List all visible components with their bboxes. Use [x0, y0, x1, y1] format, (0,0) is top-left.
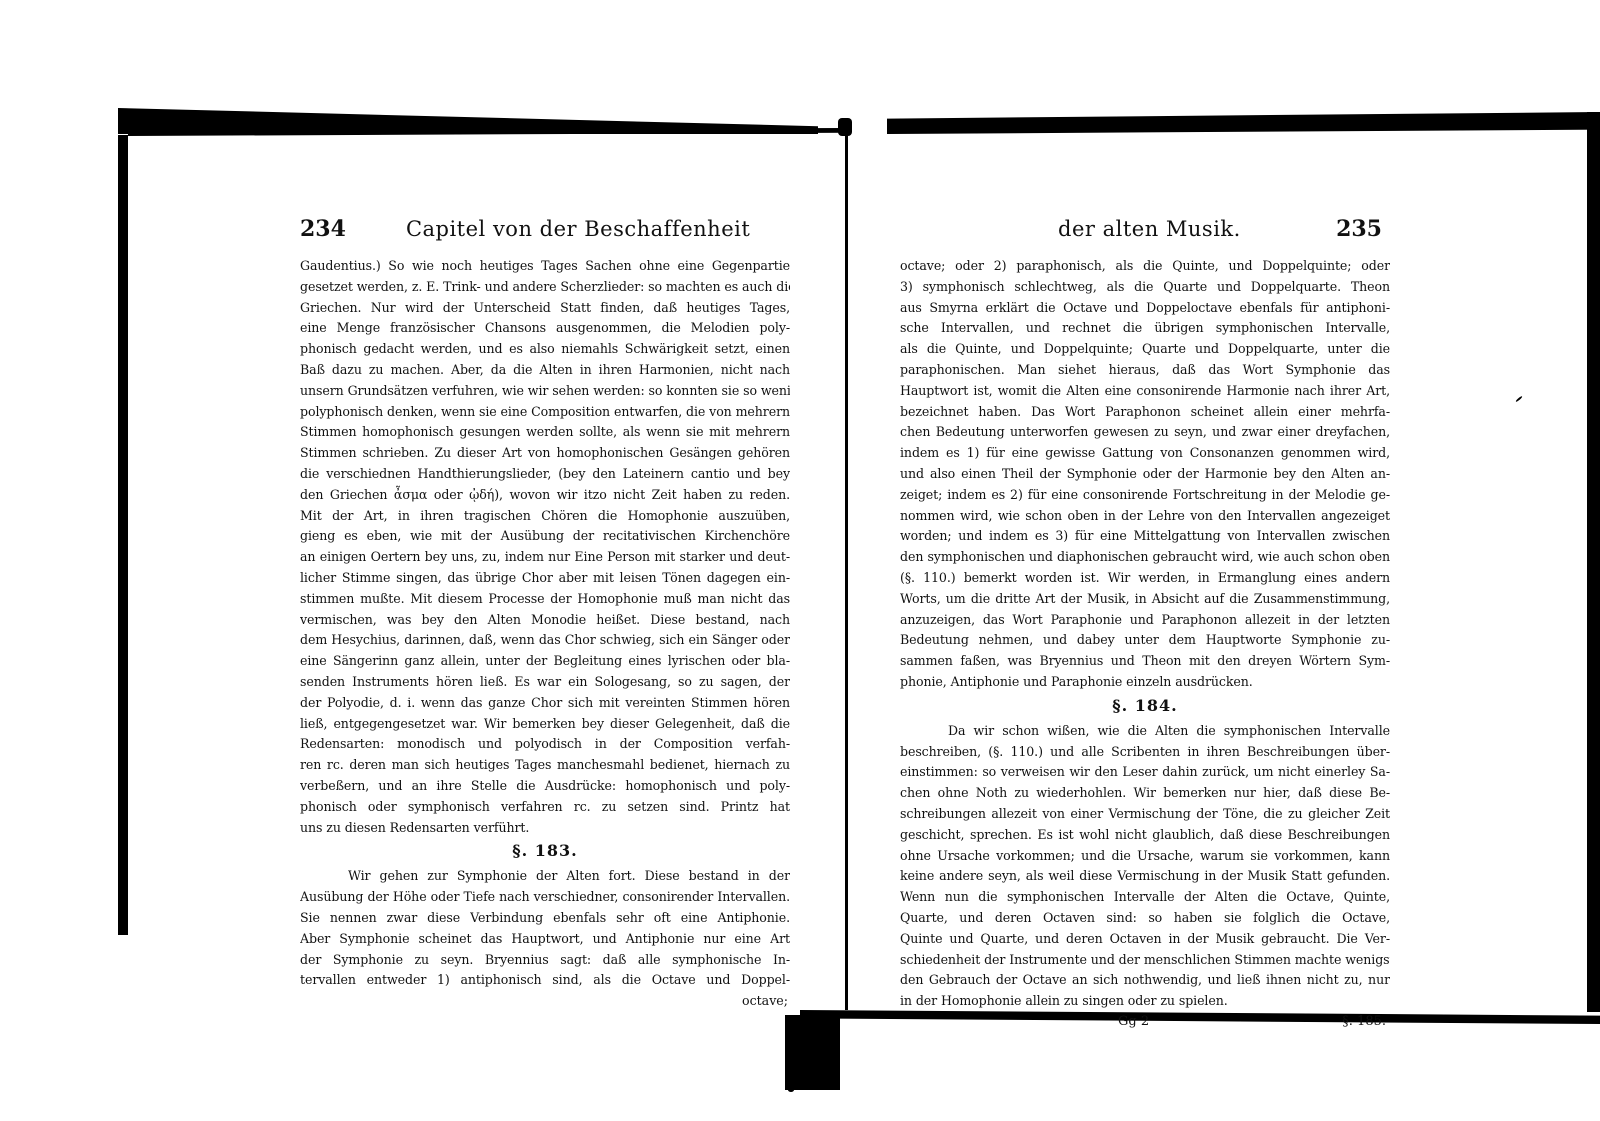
- text-line: schiedenheit der Instrumente und der men…: [900, 950, 1390, 971]
- text-line: verbeßern, und an ihre Stelle die Ausdrü…: [300, 776, 790, 797]
- text-line: Baß dazu zu machen. Aber, da die Alten i…: [300, 360, 790, 381]
- section-heading: §. 183.: [300, 838, 790, 866]
- scan-speck: [1515, 396, 1522, 403]
- text-line: und also einen Theil der Symphonie oder …: [900, 464, 1390, 485]
- text-line: den Griechen ἆσμα oder ᾠδή), wovon wir i…: [300, 485, 790, 506]
- text-line: der Polyodie, d. i. wenn das ganze Chor …: [300, 693, 790, 714]
- text-line: als die Quinte, und Doppelquinte; Quarte…: [900, 339, 1390, 360]
- text-line: Sie nennen zwar diese Verbindung ebenfal…: [300, 908, 790, 929]
- text-line: uns zu diesen Redensarten verführt.: [300, 818, 790, 839]
- text-line: Griechen. Nur wird der Unterscheid Statt…: [300, 298, 790, 319]
- text-line: schreibungen allezeit von einer Vermisch…: [900, 804, 1390, 825]
- text-line: senden Instruments hören ließ. Es war ei…: [300, 672, 790, 693]
- text-line: unsern Grundsätzen verfuhren, wie wir se…: [300, 381, 790, 402]
- text-line: ließ, entgegengesetzet war. Wir bemerken…: [300, 714, 790, 735]
- text-line: octave; oder 2) paraphonisch, als die Qu…: [900, 256, 1390, 277]
- text-line: stimmen mußte. Mit diesem Processe der H…: [300, 589, 790, 610]
- right-page: der alten Musik. 235 octave; oder 2) par…: [900, 216, 1390, 1029]
- text-line: in der Homophonie allein zu singen oder …: [900, 991, 1390, 1012]
- right-body-text: octave; oder 2) paraphonisch, als die Qu…: [900, 256, 1390, 693]
- left-page-edge: [118, 135, 128, 935]
- text-line: worden; und indem es 3) für eine Mittelg…: [900, 526, 1390, 547]
- text-line: nommen wird, wie schon oben in der Lehre…: [900, 506, 1390, 527]
- left-section-text: Wir gehen zur Symphonie der Alten fort. …: [300, 866, 790, 991]
- left-page: 234 Capitel von der Beschaffenheit Gaude…: [300, 216, 790, 1011]
- text-line: an einigen Oertern bey uns, zu, indem nu…: [300, 547, 790, 568]
- text-line: eine Sängerinn ganz allein, unter der Be…: [300, 651, 790, 672]
- text-line: Worts, um die dritte Art der Musik, in A…: [900, 589, 1390, 610]
- catchword: §. 185.: [1342, 1014, 1386, 1029]
- text-line: Bedeutung nehmen, und dabey unter dem Ha…: [900, 630, 1390, 651]
- text-line: Stimmen schrieben. Zu dieser Art von hom…: [300, 443, 790, 464]
- text-line: Ausübung der Höhe oder Tiefe nach versch…: [300, 887, 790, 908]
- text-line: den symphonischen und diaphonischen gebr…: [900, 547, 1390, 568]
- text-line: eine Menge französischer Chansons ausgen…: [300, 318, 790, 339]
- book-gutter: [845, 125, 848, 1010]
- right-page-top-edge: [887, 112, 1600, 134]
- text-line: Stimmen homophonisch gesungen werden sol…: [300, 422, 790, 443]
- text-line: die verschiednen Handthierungslieder, (b…: [300, 464, 790, 485]
- text-line: Quarte, und deren Octaven sind: so haben…: [900, 908, 1390, 929]
- text-line: aus Smyrna erklärt die Octave und Doppel…: [900, 298, 1390, 319]
- text-line: phonie, Antiphonie und Paraphonie einzel…: [900, 672, 1390, 693]
- text-line: bezeichnet haben. Das Wort Paraphonon sc…: [900, 402, 1390, 423]
- text-line: chen ohne Noth zu wiederhohlen. Wir beme…: [900, 783, 1390, 804]
- text-line: vermischen, was bey den Alten Monodie he…: [300, 610, 790, 631]
- running-title: Capitel von der Beschaffenheit: [406, 217, 750, 241]
- text-line: ohne Ursache vorkommen; und die Ursache,…: [900, 846, 1390, 867]
- text-line: phonisch oder symphonisch verfahren rc. …: [300, 797, 790, 818]
- text-line: Wenn nun die symphonischen Intervalle de…: [900, 887, 1390, 908]
- bottom-gutter-blot: [785, 1015, 840, 1090]
- text-line: den Gebrauch der Octave an sich nothwend…: [900, 970, 1390, 991]
- text-line: sche Intervallen, und rechnet die übrige…: [900, 318, 1390, 339]
- text-line: polyphonisch denken, wenn sie eine Compo…: [300, 402, 790, 423]
- text-line: 3) symphonisch schlechtweg, als die Quar…: [900, 277, 1390, 298]
- catchword: octave;: [300, 991, 790, 1011]
- text-line: Da wir schon wißen, wie die Alten die sy…: [900, 721, 1390, 742]
- page-footer: Gg 2 §. 185.: [900, 1014, 1390, 1029]
- text-line: der Symphonie zu seyn. Bryennius sagt: d…: [300, 950, 790, 971]
- running-title: der alten Musik.: [1058, 217, 1241, 241]
- gutter-top-blot: [838, 118, 852, 136]
- text-line: dem Hesychius, darinnen, daß, wenn das C…: [300, 630, 790, 651]
- text-line: Aber Symphonie scheinet das Hauptwort, u…: [300, 929, 790, 950]
- text-line: einstimmen: so verweisen wir den Leser d…: [900, 762, 1390, 783]
- text-line: phonisch gedacht werden, und es also nie…: [300, 339, 790, 360]
- text-line: Hauptwort ist, womit die Alten eine cons…: [900, 381, 1390, 402]
- text-line: geschicht, sprechen. Es ist wohl nicht g…: [900, 825, 1390, 846]
- section-heading: §. 184.: [900, 693, 1390, 721]
- text-line: Wir gehen zur Symphonie der Alten fort. …: [300, 866, 790, 887]
- text-line: anzuzeigen, das Wort Paraphonie und Para…: [900, 610, 1390, 631]
- text-line: sammen faßen, was Bryennius und Theon mi…: [900, 651, 1390, 672]
- page-number: 235: [1336, 216, 1382, 242]
- text-line: Quinte und Quarte, und deren Octaven in …: [900, 929, 1390, 950]
- text-line: gieng es eben, wie mit der Ausübung der …: [300, 526, 790, 547]
- right-page-edge: [1587, 112, 1600, 1012]
- left-body-text: Gaudentius.) So wie noch heutiges Tages …: [300, 256, 790, 838]
- text-line: Gaudentius.) So wie noch heutiges Tages …: [300, 256, 790, 277]
- scan-speck: [788, 1088, 794, 1092]
- text-line: chen Bedeutung unterworfen gewesen zu se…: [900, 422, 1390, 443]
- text-line: zeiget; indem es 2) für eine consonirend…: [900, 485, 1390, 506]
- text-line: Mit der Art, in ihren tragischen Chören …: [300, 506, 790, 527]
- left-running-head: 234 Capitel von der Beschaffenheit: [300, 216, 790, 242]
- text-line: beschreiben, (§. 110.) und alle Scribent…: [900, 742, 1390, 763]
- text-line: gesetzet werden, z. E. Trink- und andere…: [300, 277, 790, 298]
- text-line: ren rc. deren man sich heutiges Tages ma…: [300, 755, 790, 776]
- right-section-text: Da wir schon wißen, wie die Alten die sy…: [900, 721, 1390, 1012]
- text-line: licher Stimme singen, das übrige Chor ab…: [300, 568, 790, 589]
- text-line: keine andere seyn, als weil diese Vermis…: [900, 866, 1390, 887]
- text-line: indem es 1) für eine gewisse Gattung von…: [900, 443, 1390, 464]
- text-line: Redensarten: monodisch und polyodisch in…: [300, 734, 790, 755]
- signature-mark: Gg 2: [1118, 1014, 1149, 1029]
- page-number: 234: [300, 216, 346, 242]
- text-line: tervallen entweder 1) antiphonisch sind,…: [300, 970, 790, 991]
- right-running-head: der alten Musik. 235: [900, 216, 1390, 242]
- text-line: (§. 110.) bemerkt worden ist. Wir werden…: [900, 568, 1390, 589]
- text-line: paraphonischen. Man siehet hieraus, daß …: [900, 360, 1390, 381]
